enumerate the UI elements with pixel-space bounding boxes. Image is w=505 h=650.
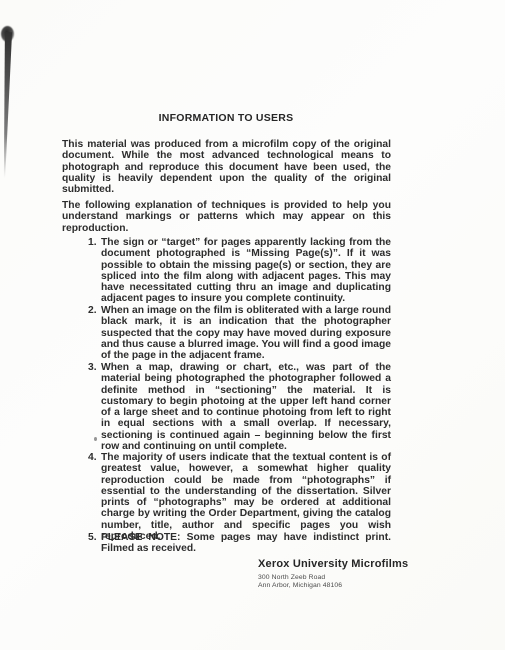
list-item-2-number: 2. [88, 305, 97, 316]
publisher-address-line1: 300 North Zeeb Road [258, 574, 408, 582]
list-item-5-text: PLEASE NOTE: Some pages may have indisti… [101, 532, 391, 555]
list-item-3-text: When a map, drawing or chart, etc., was … [101, 362, 391, 452]
list-item-5-number: 5. [88, 532, 97, 543]
list-item-3-number: 3. [88, 362, 97, 373]
intro-paragraph: This material was produced from a microf… [62, 139, 391, 195]
publisher-block: Xerox University Microfilms 300 North Ze… [258, 558, 408, 590]
list-item-1-number: 1. [88, 237, 97, 248]
scanned-document-page: INFORMATION TO USERS This material was p… [0, 0, 505, 650]
list-item-1: 1. The sign or “target” for pages appare… [88, 237, 391, 305]
list-item-3: 3. When a map, drawing or chart, etc., w… [88, 362, 391, 452]
list-item-4-text: The majority of users indicate that the … [101, 452, 391, 542]
publisher-address-line2: Ann Arbor, Michigan 48106 [258, 582, 408, 590]
page-title: INFORMATION TO USERS [62, 112, 390, 124]
list-item-4-number: 4. [88, 452, 97, 463]
list-item-4: 4. The majority of users indicate that t… [88, 452, 391, 542]
list-item-1-text: The sign or “target” for pages apparentl… [101, 237, 391, 305]
list-item-2: 2. When an image on the film is oblitera… [88, 305, 391, 361]
explanation-paragraph: The following explanation of techniques … [62, 200, 391, 234]
list-item-2-text: When an image on the film is obliterated… [101, 305, 391, 361]
publisher-name: Xerox University Microfilms [258, 558, 408, 570]
list-item-5: 5. PLEASE NOTE: Some pages may have indi… [88, 532, 391, 555]
scan-artifact-streak [0, 32, 12, 178]
